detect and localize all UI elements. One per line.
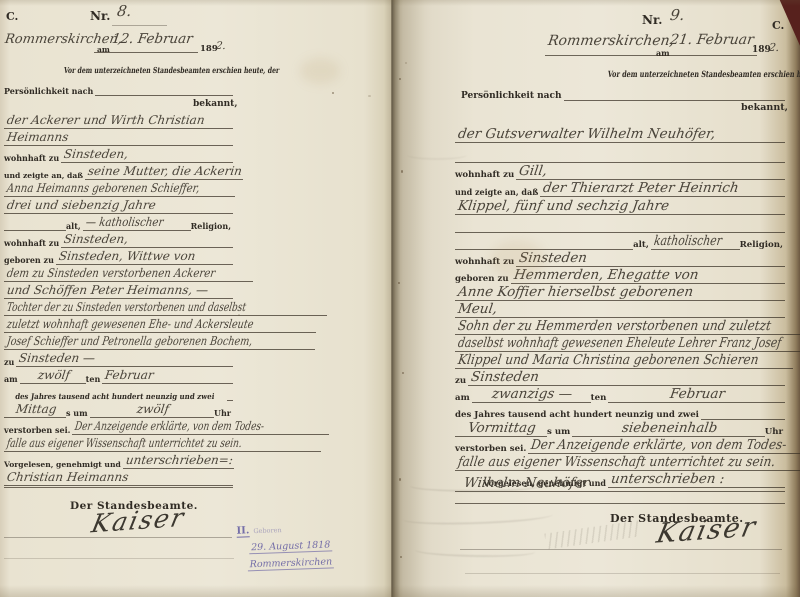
deceased-name-left: Anna Heimanns geborenen Schieffer, [6, 182, 201, 195]
form-line: der Gutsverwalter Wilhelm Neuhöfer, [455, 126, 785, 143]
right-page: Nr. 9. C. Rommerskirchen, am 21. Februar… [395, 0, 800, 597]
ink-bleedthrough [410, 480, 540, 492]
paper-speck [405, 62, 407, 64]
entry-text: Mittag [4, 398, 66, 418]
record-date-left: 12. Februar [111, 32, 194, 46]
gutter-speck [399, 478, 401, 481]
death-day-right: zwanzigs — [491, 387, 573, 401]
spouse-line1-left: dem zu Sinsteden verstorbenen Ackerer [6, 267, 216, 280]
margin-note-date: 29. August 1818 [249, 539, 333, 554]
persoenlichkeit-label-left: Persönlichkeit nach [4, 86, 95, 96]
religion-value-left: — katholischer [85, 216, 164, 229]
year-written-left: 2. [215, 41, 227, 52]
margin-note-word: Geboren [253, 526, 282, 535]
entry-text: Christian Heimanns [4, 466, 233, 486]
record-date-right: 21. Februar [669, 33, 755, 48]
pencil-hatch-marks [544, 520, 640, 549]
time-value-left: zwölf [136, 403, 170, 416]
ten-label-left: ten [86, 374, 103, 384]
form-rule [455, 503, 785, 504]
am2-label-right: am [455, 393, 472, 403]
entry-text: Februar [102, 364, 233, 384]
paper-speck [238, 314, 240, 316]
record-place-right: Rommerskirchen, [547, 34, 675, 49]
ink-bleedthrough [415, 544, 535, 558]
form-rule [112, 25, 167, 26]
ink-bleedthrough [407, 150, 467, 160]
form-line: Persönlichkeit nach [4, 80, 233, 96]
paper-speck [332, 92, 334, 94]
bekannt-label-right: bekannt, [741, 102, 788, 113]
deceased-residence-left: Sinsteden, [63, 233, 129, 246]
parents-line2-left: zuletzt wohnhaft gewesenen Ehe- und Acke… [6, 318, 254, 331]
margin-note-place: Rommerskirchen [248, 556, 335, 571]
deceased-name-right: Klippel, fünf und sechzig Jahre [457, 199, 670, 213]
declarant-line2-left: Heimanns [6, 131, 69, 144]
form-rule [545, 55, 757, 56]
entry-text: Klippel, fünf und sechzig Jahre [455, 195, 785, 215]
section-letter-left: C. [6, 10, 18, 23]
paper-stain [300, 58, 340, 84]
am-label-right: am [656, 48, 670, 58]
registrar-signature-left: Kaiser [89, 502, 188, 538]
gutter-speck [399, 78, 401, 80]
entry-text: der Gutsverwalter Wilhelm Neuhöfer, [455, 123, 785, 143]
deceased-intro-left: seine Mutter, die Ackerin [87, 165, 243, 178]
zu-label-right: zu [455, 376, 468, 386]
intro-line1-left: Vor dem unterzeichneten Standesbeamten e… [63, 65, 280, 75]
form-line: am zwanzigs — ten Februar [455, 386, 785, 403]
gutter-speck [400, 556, 402, 558]
birthplace-left: Sinsteden, Wittwe von [58, 250, 196, 263]
unterschrieben-left: unterschrieben=: [125, 454, 234, 467]
deceased-age-left: drei und siebenzig Jahre [6, 199, 157, 212]
death-place-left: Sinsteden — [18, 352, 96, 365]
spouse-line2-left: und Schöffen Peter Heimanns, — [6, 284, 209, 297]
parents-line3-left: Josef Schieffer und Petronella geborenen… [6, 335, 253, 348]
gutter-speck [402, 372, 404, 374]
register-book-scan: C. Nr. 8. Rommerskirchen, am 12. Februar… [0, 0, 800, 597]
entry-text: Februar [608, 383, 785, 403]
top-vignette [0, 0, 800, 6]
section-letter-right: C. [772, 19, 784, 32]
ten-label-right: ten [591, 393, 609, 403]
form-rule [4, 558, 234, 559]
death-month-right: Februar [669, 387, 726, 401]
margin-note-ref: II. [236, 525, 249, 537]
left-page: C. Nr. 8. Rommerskirchen, am 12. Februar… [0, 0, 395, 597]
form-rule [4, 487, 233, 488]
death-month-left: Februar [104, 369, 155, 382]
wohnhaft-label-right: wohnhaft zu [455, 170, 516, 180]
time-period-right: Vormittag [467, 421, 537, 435]
margin-note: II.Geboren 29. August 1818 Rommerskirche… [236, 515, 334, 571]
form-rule [94, 52, 198, 53]
intro-line1-right: Vor dem unterzeichneten Standesbeamten e… [607, 70, 800, 80]
persoenlichkeit-label-right: Persönlichkeit nach [461, 91, 564, 101]
declaration-line2-left: falle aus eigener Wissenschaft unterrich… [6, 437, 243, 450]
blank-segment [564, 99, 785, 101]
declarant-line1-right: der Gutsverwalter Wilhelm Neuhöfer, [457, 127, 716, 141]
gutter-speck [398, 282, 400, 284]
year-written-right: 2. [768, 42, 780, 54]
wohnhaft-label-left: wohnhaft zu [4, 153, 61, 163]
declarant-residence-left: Sinsteden, [63, 148, 129, 161]
death-day-left: zwölf [37, 369, 71, 382]
ink-bleedthrough [403, 507, 553, 526]
form-line: am zwölf ten Februar [4, 367, 233, 384]
bottom-vignette [0, 585, 800, 597]
bekannt-label-left: bekannt, [193, 99, 237, 109]
left-page-edge [391, 0, 394, 597]
blank-segment [95, 94, 233, 96]
form-line: Klippel, fünf und sechzig Jahre [455, 198, 785, 215]
declaration-line1-left: Der Anzeigende erklärte, von dem Todes- [74, 420, 265, 433]
parents-line1-left: Tochter der zu Sinsteden verstorbenen un… [6, 301, 247, 314]
zu-label-left: zu [4, 357, 16, 367]
form-rule [4, 537, 232, 538]
paper-speck [368, 95, 371, 97]
entry-text: zwanzigs — [472, 383, 591, 403]
entry-number-value-left: 8. [116, 4, 133, 20]
entry-number-label-left: Nr. [90, 9, 110, 23]
registrar-signature-right: Kaiser [654, 511, 760, 549]
form-line: Christian Heimanns [4, 469, 233, 486]
entry-text: der Thierarzt Peter Heinrich [540, 177, 785, 197]
paper-stain [490, 240, 545, 280]
gutter-speck [401, 170, 403, 173]
declarant-line1-left: der Ackerer und Wirth Christian [6, 114, 205, 127]
declarant-signature-left: Christian Heimanns [6, 471, 129, 484]
entry-number-label-right: Nr. [642, 13, 662, 27]
entry-number-value-right: 9. [669, 8, 686, 24]
time-period-left: Mittag [15, 403, 57, 416]
form-rule [465, 573, 780, 574]
am2-label-left: am [4, 374, 20, 384]
entry-text: zwölf [20, 364, 86, 384]
form-line: Persönlichkeit nach [461, 85, 785, 101]
deceased-intro-right: der Thierarzt Peter Heinrich [542, 181, 740, 195]
wohnhaft2-label-left: wohnhaft zu [4, 238, 61, 248]
